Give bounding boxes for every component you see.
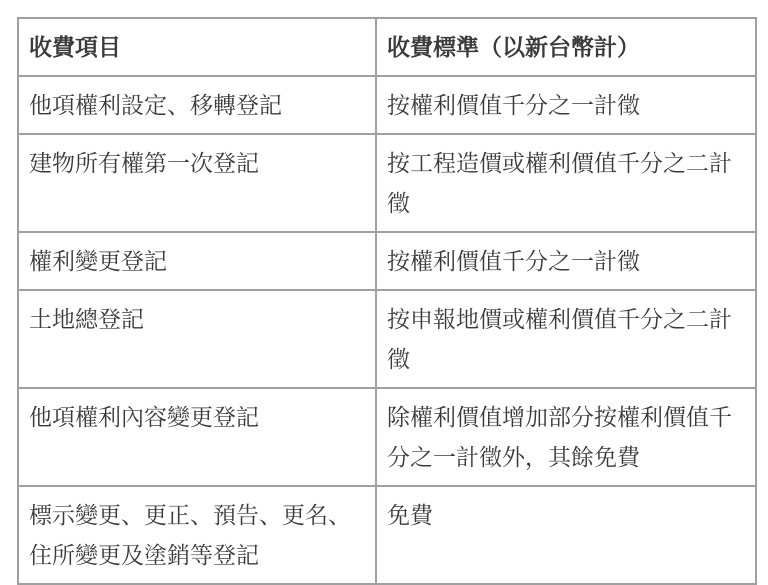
fee-table-body: 他項權利設定、移轉登記 按權利價值千分之一計徵 建物所有權第一次登記 按工程造價… [18, 76, 756, 584]
cell-fee-item: 土地總登記 [18, 290, 376, 388]
cell-fee-standard: 按申報地價或權利價值千分之二計徵 [376, 290, 756, 388]
cell-fee-item: 標示變更、更正、預告、更名、住所變更及塗銷等登記 [18, 486, 376, 584]
page: 收費項目 收費標準（以新台幣計） 他項權利設定、移轉登記 按權利價值千分之一計徵… [0, 0, 768, 578]
cell-fee-standard: 除權利價值增加部分按權利價值千分之一計徵外，其餘免費 [376, 388, 756, 486]
cell-fee-standard: 按權利價值千分之一計徵 [376, 76, 756, 134]
table-row: 他項權利設定、移轉登記 按權利價值千分之一計徵 [18, 76, 756, 134]
fee-table-header: 收費項目 收費標準（以新台幣計） [18, 18, 756, 76]
header-fee-standard: 收費標準（以新台幣計） [376, 18, 756, 76]
header-row: 收費項目 收費標準（以新台幣計） [18, 18, 756, 76]
cell-fee-item: 他項權利內容變更登記 [18, 388, 376, 486]
table-row: 土地總登記 按申報地價或權利價值千分之二計徵 [18, 290, 756, 388]
table-row: 權利變更登記 按權利價值千分之一計徵 [18, 232, 756, 290]
fee-table: 收費項目 收費標準（以新台幣計） 他項權利設定、移轉登記 按權利價值千分之一計徵… [17, 17, 757, 585]
cell-fee-standard: 免費 [376, 486, 756, 584]
table-row: 他項權利內容變更登記 除權利價值增加部分按權利價值千分之一計徵外，其餘免費 [18, 388, 756, 486]
cell-fee-standard: 按權利價值千分之一計徵 [376, 232, 756, 290]
cell-fee-standard: 按工程造價或權利價值千分之二計徵 [376, 134, 756, 232]
cell-fee-item: 建物所有權第一次登記 [18, 134, 376, 232]
cell-fee-item: 他項權利設定、移轉登記 [18, 76, 376, 134]
header-fee-item: 收費項目 [18, 18, 376, 76]
table-row: 建物所有權第一次登記 按工程造價或權利價值千分之二計徵 [18, 134, 756, 232]
table-row: 標示變更、更正、預告、更名、住所變更及塗銷等登記 免費 [18, 486, 756, 584]
cell-fee-item: 權利變更登記 [18, 232, 376, 290]
